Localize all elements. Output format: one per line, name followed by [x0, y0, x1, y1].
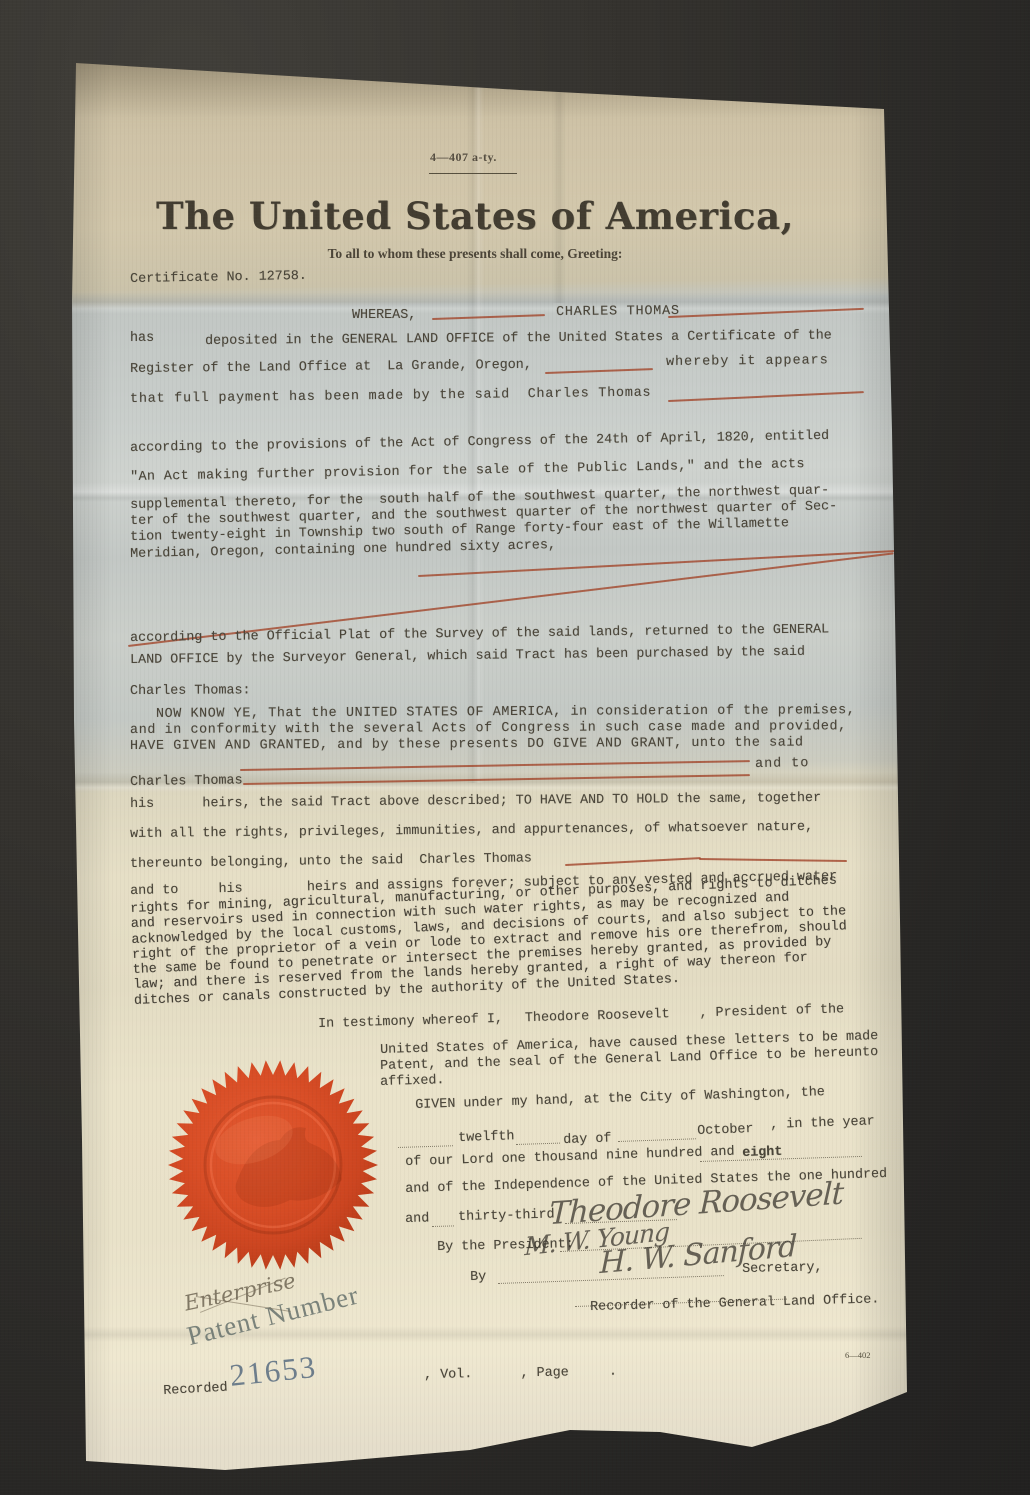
testimony-intro: In testimony whereof I,	[318, 1012, 503, 1032]
certificate-number: Certificate No. 12758.	[130, 269, 307, 287]
whereas-line-1: deposited in the GENERAL LAND OFFICE of …	[205, 329, 832, 349]
grant-and-to: and to	[755, 756, 809, 772]
document-title: The United States of America,	[135, 194, 815, 238]
fill-line	[668, 308, 864, 318]
year-word: eight	[742, 1145, 783, 1161]
day-word: twelfth	[458, 1129, 515, 1146]
whereas-line-2: Register of the Land Office at La Grande…	[130, 358, 532, 377]
act-line-2: "An Act making further provision for the…	[130, 457, 805, 485]
whereas-has: has	[130, 331, 154, 346]
document-sheet: 4—407 a-ty. The United States of America…	[0, 0, 1030, 1495]
plat-line-1: according to the Official Plat of the Su…	[130, 622, 829, 646]
grantee-name: CHARLES THOMAS	[556, 304, 680, 320]
fill-line	[545, 368, 653, 374]
blank-leader	[432, 1225, 454, 1227]
vertical-crease-center	[466, 63, 484, 783]
fill-line	[565, 857, 701, 866]
grant-line-3: HAVE GIVEN AND GRANTED, and by these pre…	[130, 735, 804, 754]
vertical-crease-top	[552, 63, 566, 303]
plat-line-2: LAND OFFICE by the Surveyor General, whi…	[130, 645, 805, 668]
photo-canvas: 4—407 a-ty. The United States of America…	[0, 0, 1030, 1495]
day-of-label: day of	[563, 1131, 612, 1148]
president-name-typed: Theodore Roosevelt	[525, 1007, 670, 1026]
and-label: and	[405, 1211, 429, 1227]
whereas-line-2-right: whereby it appears	[666, 353, 829, 370]
habendum-line-2: with all the rights, privileges, immunit…	[130, 820, 813, 842]
small-print: 6—402	[845, 1350, 871, 1360]
given-line-3: of our Lord one thousand nine hundred an…	[405, 1145, 735, 1170]
fill-line	[240, 760, 750, 771]
independence-year: thirty-third	[458, 1207, 555, 1225]
recorded-label: Recorded	[163, 1381, 228, 1399]
form-number: 4—407 a-ty.	[430, 150, 497, 165]
habendum-line-3: thereunto belonging, unto the said Charl…	[130, 851, 532, 872]
corner-mark: J.	[62, 79, 73, 98]
grant-grantee: Charles Thomas	[130, 773, 243, 790]
land-office-seal	[166, 1056, 380, 1274]
whereas-label: WHEREAS,	[352, 308, 416, 323]
habendum-line-1: his heirs, the said Tract above describe…	[130, 791, 821, 812]
fold-shadow-top	[72, 63, 887, 118]
fill-line	[699, 858, 847, 862]
fill-line	[432, 314, 545, 320]
whereas-line-3: that full payment has been made by the s…	[130, 386, 651, 407]
act-line-1: according to the provisions of the Act o…	[130, 429, 829, 456]
testimony-line-4: affixed.	[380, 1073, 445, 1090]
blank-leader	[516, 1143, 560, 1145]
given-line-1: GIVEN under my hand, at the City of Wash…	[415, 1085, 825, 1113]
blank-leader	[398, 1145, 453, 1148]
fill-line	[243, 774, 750, 785]
month-word: October	[697, 1122, 754, 1139]
by-label: By	[470, 1270, 486, 1285]
testimony-line-1: In testimony whereof I,Theodore Roosevel…	[318, 1002, 844, 1032]
fill-line	[668, 391, 864, 402]
year-suffix: , in the year	[770, 1114, 875, 1133]
form-number-rule	[429, 173, 517, 174]
recorder-label: Recorder of the General Land Office.	[590, 1292, 880, 1315]
document-subtitle: To all to whom these presents shall come…	[135, 246, 815, 262]
vol-page-line: , Vol. , Page .	[424, 1365, 617, 1383]
plat-grantee: Charles Thomas:	[130, 683, 251, 699]
blank-leader	[618, 1138, 696, 1142]
patent-number-value-stamp: 21653	[228, 1349, 319, 1394]
testimony-president-of: , President of the	[699, 1002, 844, 1021]
